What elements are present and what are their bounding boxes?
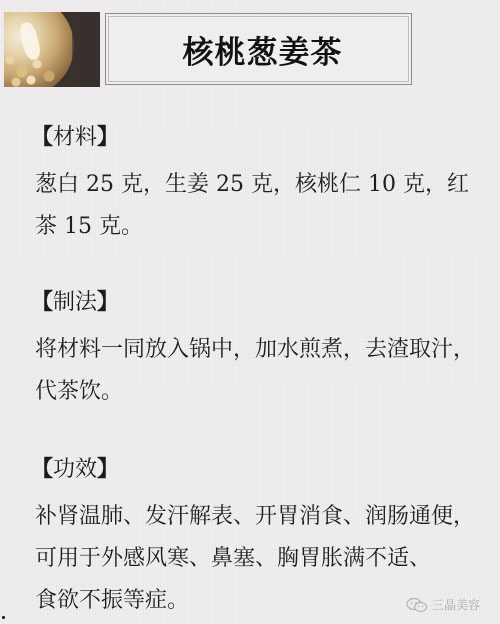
page-title: 核桃葱姜茶 <box>183 27 343 72</box>
right-bracket: 】 <box>97 289 119 315</box>
body-line: 代茶饮。 <box>35 371 485 413</box>
section-ingredients: 【材料】 葱白 25 克，生姜 25 克，核桃仁 10 克，红 茶 15 克。 <box>35 122 485 248</box>
left-bracket: 【 <box>31 124 53 150</box>
watermark: 三晶美容 <box>406 596 480 613</box>
wechat-icon <box>406 597 428 613</box>
body-line: 可用于外感风寒、鼻塞、胸胃胀满不适、 <box>35 538 485 580</box>
left-bracket: 【 <box>31 456 53 482</box>
left-bracket: 【 <box>31 289 53 315</box>
body-line: 将材料一同放入锅中，加水煎煮，去渣取汁， <box>35 329 485 371</box>
heading-label: 材料 <box>53 125 97 150</box>
right-bracket: 】 <box>97 124 119 150</box>
section-body: 将材料一同放入锅中，加水煎煮，去渣取汁， 代茶饮。 <box>35 329 485 413</box>
section-heading: 【制法】 <box>31 287 485 317</box>
body-line: 葱白 25 克，生姜 25 克，核桃仁 10 克，红 <box>35 164 485 206</box>
dish-photo <box>4 12 100 87</box>
section-body: 葱白 25 克，生姜 25 克，核桃仁 10 克，红 茶 15 克。 <box>35 164 485 248</box>
watermark-text: 三晶美容 <box>432 596 480 613</box>
section-heading: 【功效】 <box>31 454 485 484</box>
right-bracket: 】 <box>97 456 119 482</box>
heading-label: 制法 <box>53 290 97 315</box>
edge-dot <box>2 616 5 619</box>
section-heading: 【材料】 <box>31 122 485 152</box>
section-method: 【制法】 将材料一同放入锅中，加水煎煮，去渣取汁， 代茶饮。 <box>35 287 485 413</box>
body-line: 补肾温肺、发汗解表、开胃消食、润肠通便， <box>35 496 485 538</box>
heading-label: 功效 <box>53 457 97 482</box>
body-line: 茶 15 克。 <box>35 206 485 248</box>
title-box: 核桃葱姜茶 <box>105 13 412 85</box>
photo-shadow <box>72 12 100 87</box>
title-box-inner: 核桃葱姜茶 <box>108 16 409 82</box>
